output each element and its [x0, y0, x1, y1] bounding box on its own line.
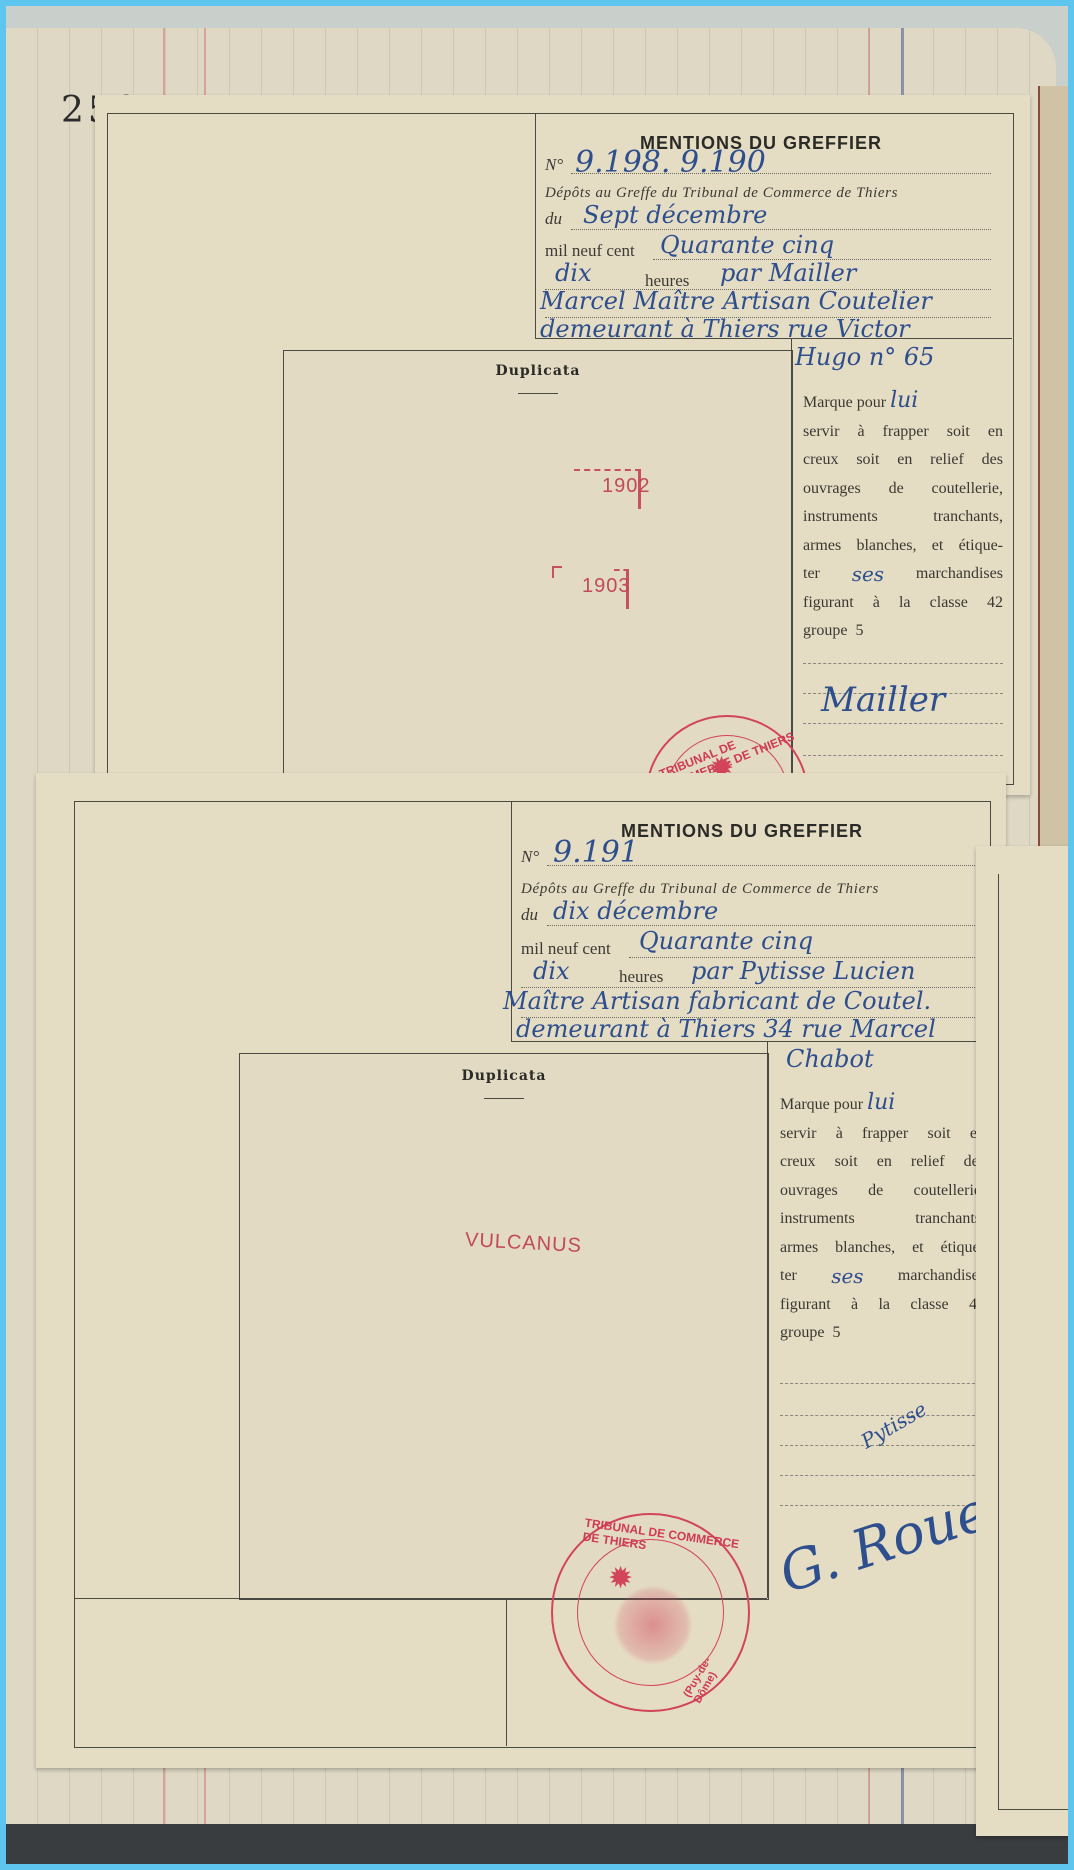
depositor-line-5: Chabot	[786, 1045, 874, 1073]
du-label: du	[545, 209, 562, 229]
deposit-hours: dix	[555, 259, 592, 287]
trademark-stamp-vulcanus: VULCANUS	[464, 1229, 582, 1258]
duplicata-title: Duplicata	[240, 1068, 768, 1084]
depots-label: Dépôts au Greffe du Tribunal de Commerce…	[545, 185, 898, 202]
tribunal-seal: TRIBUNAL DE COMMERCE DE THIERS (Puy-de-D…	[551, 1513, 750, 1712]
book-shadow	[6, 1824, 1068, 1864]
registration-number: 9.198. 9.190	[575, 145, 766, 180]
marque-pour-value: lui	[867, 1090, 895, 1115]
depots-label: Dépôts au Greffe du Tribunal de Commerce…	[521, 881, 879, 898]
trademark-stamp-1902: 1902	[602, 475, 651, 498]
photo-frame: 250 MENTIONS DU GREFFIER N° 9.198. 9.190…	[6, 6, 1068, 1864]
deposit-day: dix décembre	[553, 897, 718, 925]
depositor-name: par Pytisse Lucien	[691, 957, 915, 985]
upper-marque-description: Marque pour lui serviràfrappersoiten cre…	[803, 387, 1003, 646]
depositor-signature: Mailler	[821, 680, 945, 720]
year-label: mil neuf cent	[521, 939, 611, 959]
lower-greffier-block: MENTIONS DU GREFFIER N° 9.191 Dépôts au …	[511, 801, 989, 1041]
deposit-year: Quarante cinq	[639, 927, 813, 955]
depositor-line-3: Maître Artisan fabricant de Coutel.	[503, 987, 931, 1015]
upper-greffier-block: MENTIONS DU GREFFIER N° 9.198. 9.190 Dép…	[535, 113, 1005, 333]
heures-label: heures	[619, 967, 663, 987]
depositor-line-4: demeurant à Thiers 34 rue Marcel	[516, 1015, 936, 1043]
depositor-line-3: Marcel Maître Artisan Coutelier	[540, 287, 932, 315]
deposit-year: Quarante cinq	[660, 231, 834, 259]
depositor-line-4: demeurant à Thiers rue Victor	[540, 315, 910, 343]
marque-pour-value: lui	[890, 388, 918, 413]
deposit-hours: dix	[533, 957, 570, 985]
number-label: N°	[545, 155, 563, 175]
number-label: N°	[521, 847, 539, 867]
du-label: du	[521, 905, 538, 925]
duplicata-title: Duplicata	[284, 363, 792, 379]
lower-form-card: MENTIONS DU GREFFIER N° 9.191 Dépôts au …	[36, 773, 1006, 1768]
greffier-heading: MENTIONS DU GREFFIER	[621, 821, 863, 842]
deposit-day: Sept décembre	[583, 201, 767, 229]
trademark-stamp-1903: 1903	[582, 575, 631, 598]
upper-form-card: MENTIONS DU GREFFIER N° 9.198. 9.190 Dép…	[95, 95, 1030, 795]
depositor-name: par Mailler	[720, 259, 856, 287]
year-label: mil neuf cent	[545, 241, 635, 261]
duplicata-mark-area: Duplicata VULCANUS	[239, 1053, 769, 1600]
lower-marque-description: Marque pour lui serviràfrappersoiten cre…	[780, 1089, 985, 1348]
registration-number: 9.191	[553, 835, 639, 870]
depositor-line-5: Hugo n° 65	[795, 343, 934, 371]
right-partial-card	[976, 846, 1068, 1836]
